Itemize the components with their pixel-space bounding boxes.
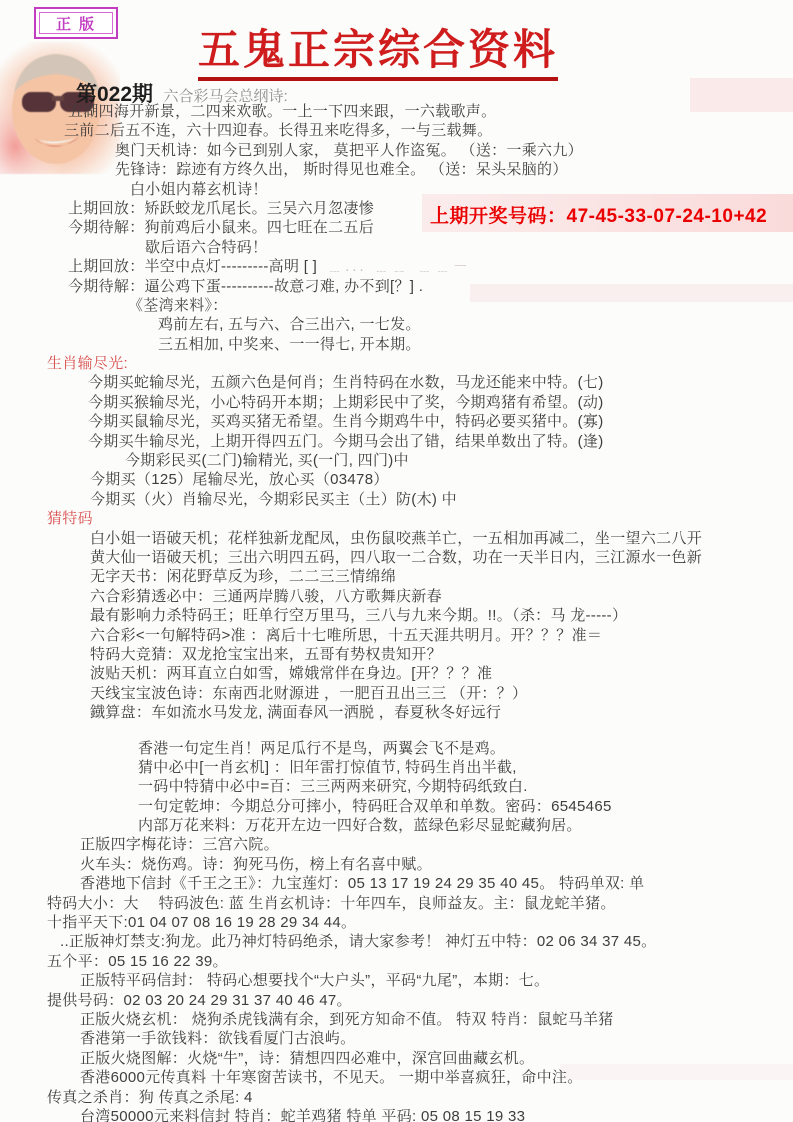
text-line: 今期待解：逼公鸡下蛋----------故意刁难, 办不到[？] . (68, 277, 793, 296)
text-line: 传真之杀肖：狗 传真之杀尾: 4 (47, 1088, 793, 1107)
text-line: 六合彩<一句解特码>准 ：离后十七唯所思，十五天涯共明月。开？？？准＝ (90, 626, 793, 645)
text-line: 香港6000元传真料 十年寒窗苦读书，不见天。 一期中举喜疯狂，命中注。 (80, 1068, 793, 1087)
content-lines: 五湖四海开新景，二四来欢歌。一上一下四来跟，一六载歌声。三前二后五不连，六十四迎… (0, 102, 793, 1122)
text-line: 白小姐内幕玄机诗！ (130, 180, 793, 199)
text-line: 无字天书：闲花野草反为珍，二二三三情绵绵 (90, 567, 793, 586)
text-line: 上期回放：半空中点灯---------高明 [ ]﹍... ﹍﹎ ﹍﹍－ (68, 257, 793, 276)
text-line: 一句定乾坤：今期总分可摔小，特码旺合双单和单数。密码：6545465 (138, 797, 793, 816)
text-line: 今期买（125）尾输尽光，放心买（03478） (90, 470, 793, 489)
text-line: 香港地下信封《千王之王》：九宝莲灯：05 13 17 19 24 29 35 4… (80, 874, 793, 893)
spacer (0, 723, 793, 739)
text-line: 内部万花来料：万花开左边一四好合数，蓝绿色彩尽显蛇藏狗居。 (138, 816, 793, 835)
text-line: 三五相加, 中奖来、一一得七, 开本期。 (158, 335, 793, 354)
text-line: 十指平天下:01 04 07 08 16 19 28 29 34 44。 (47, 913, 793, 932)
text-line: 今期买（火）肖输尽光，今期彩民买主（土）防(木) 中 (90, 490, 793, 509)
text-line: 奥门天机诗：如今已到别人家， 莫把平人作盗冤。 （送：一乘六九） (115, 141, 793, 160)
text-line: 白小姐一语破天机；花样独新龙配凤，虫伤鼠咬燕羊亡，一五相加再减二，坐一望六二八开 (90, 529, 793, 548)
text-line: 特码大竞猜：双龙抢宝宝出来，五哥有势权贵知开？ (90, 645, 793, 664)
text-line: 正版火烧玄机： 烧狗杀虎钱满有余，到死方知命不值。 特双 特肖：鼠蛇马羊猪 (80, 1010, 793, 1029)
text-line: 歇后语六合特码！ (145, 238, 793, 257)
text-line: 今期买牛输尽光，上期开得四五门。今期马会出了错，结果单数出了特。(逢) (88, 432, 793, 451)
text-line: 今期买猴输尽光，小心特码开本期；上期彩民中了奖，今期鸡猪有希望。(动) (88, 393, 793, 412)
text-line: 五湖四海开新景，二四来欢歌。一上一下四来跟，一六载歌声。 (68, 102, 793, 121)
text-line: 鐡算盘：车如流水马发龙, 满面春风一洒脱 ，春夏秋冬好远行 (90, 703, 793, 722)
text-line: 六合彩猜透必中：三通两岸腾八骏，八方歌舞庆新春 (90, 587, 793, 606)
text-line: 波贴天机：两耳直立白如雪，嫦娥常伴在身边。[开？？？准 (90, 664, 793, 683)
text-line: 正版火烧图解：火烧“牛”，诗：猜想四四必难中，深宫回曲藏玄机。 (80, 1049, 793, 1068)
section-header: 生肖输尽光: (47, 354, 793, 373)
text-line: 五个平：05 15 16 22 39。 (47, 952, 793, 971)
page-title: 五鬼正宗综合资料 (198, 28, 558, 81)
page: 正版 五鬼正宗综合资料 第022期 六合彩马会总纲诗: 上期开奖号码：47-45… (0, 0, 793, 1122)
section-header: 猜特码 (47, 509, 793, 528)
text-line: 一码中特猜中必中=百：三三两两来研究, 今期特码纸致白. (138, 777, 793, 796)
text-line: 今期待解：狗前鸡后小鼠来。四七旺在二五后 (68, 218, 793, 237)
text-line: 鸡前左右, 五与六、合三出六, 一七发。 (158, 315, 793, 334)
authentic-badge-label: 正版 (56, 13, 102, 34)
text-line: ..正版神灯禁支:狗龙。此乃神灯特码绝杀，请大家参考！ 神灯五中特：02 06 … (60, 932, 793, 951)
text-line: 特码大小：大 特码波色: 蓝 生肖玄机诗：十年四车，良师益友。主：鼠龙蛇羊猪。 (47, 894, 793, 913)
text-line: 正版四字梅花诗：三宫六院。 (80, 835, 793, 854)
text-line: 先锋诗：踪迹有方终久出， 斯时得见也难全。 （送：呆头呆脑的） (115, 160, 793, 179)
text-line: 提供号码：02 03 20 24 29 31 37 40 46 47。 (47, 991, 793, 1010)
text-line: 黄大仙一语破天机；三出六明四五码，四八取一二合数，功在一天半日内，三江源水一色新 (90, 548, 793, 567)
text-line: 香港一句定生肖！两足瓜行不是鸟，两翼会飞不是鸡。 (138, 739, 793, 758)
text-line: 上期回放：矫跃蛟龙爪尾长。三吴六月忽凄惨 (68, 199, 793, 218)
authentic-badge: 正版 (34, 7, 118, 39)
text-line: 今期买鼠输尽光，买鸡买猪无希望。生肖今期鸡牛中，特码必要买猪中。(寡) (88, 412, 793, 431)
text-line: 火车头：烧伤鸡。诗：狗死马伤，榜上有名喜中赋。 (80, 855, 793, 874)
text-line: 正版特平码信封： 特码心想要找个“大户头”，平码“九尾”，本期：七。 (80, 971, 793, 990)
text-line: 今期买蛇输尽光，五颜六色是何肖；生肖特码在水数，马龙还能来中特。(七) (88, 373, 793, 392)
text-line: 《荃湾来料》： (128, 296, 793, 315)
text-line: 三前二后五不连，六十四迎春。长得丑来吃得多，一与三载舞。 (64, 121, 793, 140)
text-line: 最有影响力杀特码王；旺单行空万里马，三八与九来今期。!!。（杀：马 龙-----… (90, 606, 793, 625)
text-line: 猜中必中[一肖玄机] ：旧年雷打惊值节, 特码生肖出半截, (138, 758, 793, 777)
text-line: 今期彩民买(二门)输精光, 买(一门, 四门)中 (125, 451, 793, 470)
text-line: 香港第一手欲钱料：欲钱看厦门古浪屿。 (80, 1029, 793, 1048)
faded-scan-marks: ﹍... ﹍﹎ ﹍﹍－ (327, 258, 471, 275)
text-line: 台湾50000元来料信封 特肖：蛇羊鸡猪 特单 平码: 05 08 15 19 … (80, 1107, 793, 1122)
text-line: 天线宝宝波色诗：东南西北财源进 ，一肥百丑出三三 （开：？） (90, 684, 793, 703)
